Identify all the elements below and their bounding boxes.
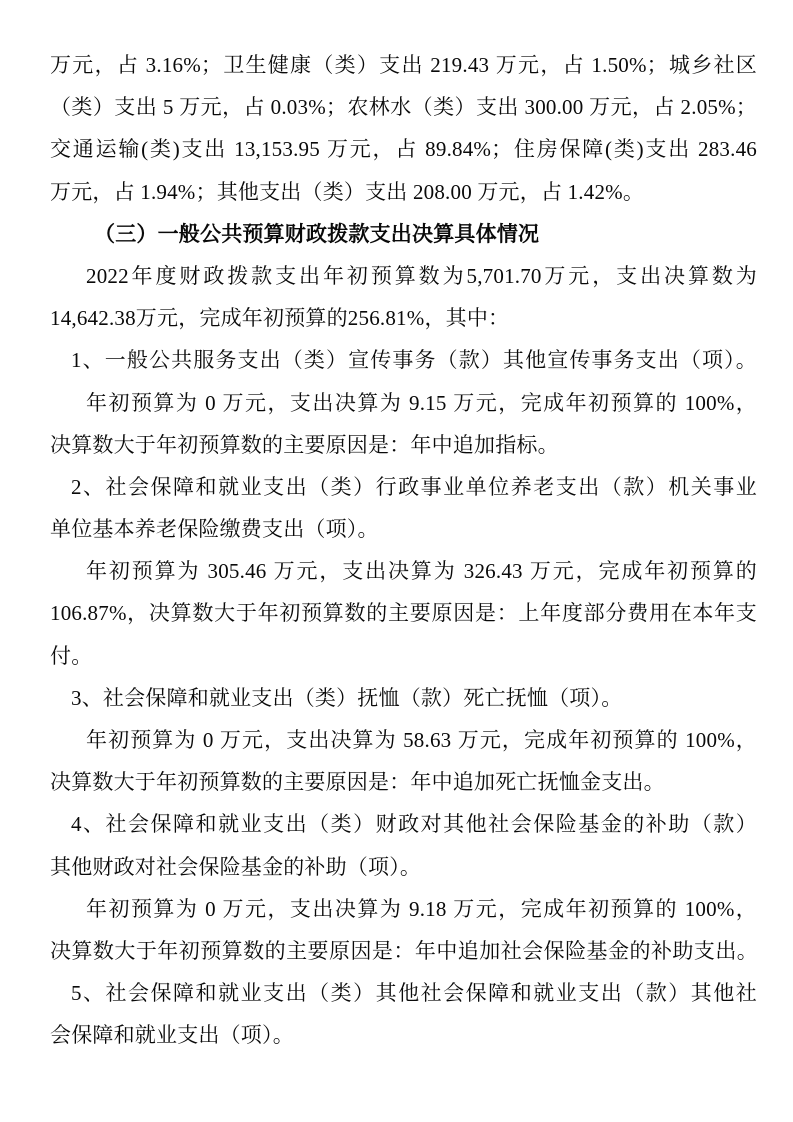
expenditure-breakdown-line: 万元，占 1.94%；其他支出（类）支出 208.00 万元，占 1.42%。 [50,171,757,213]
item-2-detail-line: 106.87%，决算数大于年初预算数的主要原因是：上年度部分费用在本年支 [50,592,757,634]
item-3-detail-line: 年初预算为 0 万元，支出决算为 58.63 万元，完成年初预算的 100%， [50,719,757,761]
item-4-title-line: 其他财政对社会保险基金的补助（项）。 [50,846,757,888]
expenditure-breakdown-line: （类）支出 5 万元，占 0.03%；农林水（类）支出 300.00 万元，占 … [50,86,757,128]
document-page: 万元，占 3.16%；卫生健康（类）支出 219.43 万元，占 1.50%；城… [0,0,793,1122]
item-3-title: 3、社会保障和就业支出（类）抚恤（款）死亡抚恤（项）。 [50,677,757,719]
item-2-detail-line: 付。 [50,635,757,677]
item-4-detail-line: 年初预算为 0 万元，支出决算为 9.18 万元，完成年初预算的 100%， [50,888,757,930]
item-1-detail-line: 决算数大于年初预算数的主要原因是：年中追加指标。 [50,424,757,466]
budget-overview-line: 2022年度财政拨款支出年初预算数为5,701.70万元，支出决算数为 [50,255,757,297]
item-4-title-line: 4、社会保障和就业支出（类）财政对其他社会保险基金的补助（款） [50,803,757,845]
expenditure-breakdown-line: 交通运输(类)支出 13,153.95 万元，占 89.84%；住房保障(类)支… [50,128,757,170]
section-heading: （三）一般公共预算财政拨款支出决算具体情况 [50,213,757,255]
budget-overview-line: 14,642.38万元，完成年初预算的256.81%，其中： [50,297,757,339]
expenditure-breakdown-line: 万元，占 3.16%；卫生健康（类）支出 219.43 万元，占 1.50%；城… [50,44,757,86]
item-5-title-line: 5、社会保障和就业支出（类）其他社会保障和就业支出（款）其他社 [50,972,757,1014]
item-4-detail-line: 决算数大于年初预算数的主要原因是：年中追加社会保险基金的补助支出。 [50,930,757,972]
item-2-title-line: 单位基本养老保险缴费支出（项）。 [50,508,757,550]
item-1-detail-line: 年初预算为 0 万元，支出决算为 9.15 万元，完成年初预算的 100%， [50,382,757,424]
document-body: 万元，占 3.16%；卫生健康（类）支出 219.43 万元，占 1.50%；城… [50,44,757,1057]
item-2-detail-line: 年初预算为 305.46 万元，支出决算为 326.43 万元，完成年初预算的 [50,550,757,592]
item-2-title-line: 2、社会保障和就业支出（类）行政事业单位养老支出（款）机关事业 [50,466,757,508]
item-1-title: 1、一般公共服务支出（类）宣传事务（款）其他宣传事务支出（项）。 [50,339,757,381]
item-5-title-line: 会保障和就业支出（项）。 [50,1014,757,1056]
item-3-detail-line: 决算数大于年初预算数的主要原因是：年中追加死亡抚恤金支出。 [50,761,757,803]
